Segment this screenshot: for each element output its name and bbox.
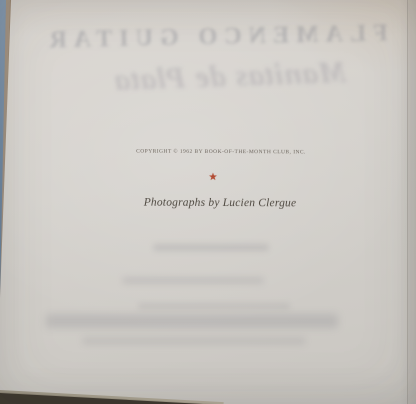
show-through-smudge xyxy=(122,277,264,284)
show-through-signature: Manitas de Plata xyxy=(21,51,416,101)
copyright-page: FLAMENCO GUITAR Manitas de Plata COPYRIG… xyxy=(0,0,416,404)
show-through-title: FLAMENCO GUITAR xyxy=(7,20,416,56)
copyright-line: COPYRIGHT © 1962 BY BOOK-OF-THE-MONTH CL… xyxy=(13,148,416,156)
show-through-smudge xyxy=(138,303,290,309)
show-through-smudge xyxy=(82,337,306,345)
show-through-smudge xyxy=(46,314,338,328)
book-page-photo: FLAMENCO GUITAR Manitas de Plata COPYRIG… xyxy=(0,0,416,404)
show-through-smudge xyxy=(153,244,269,251)
star-ornament-icon: ★ xyxy=(5,172,416,183)
photographer-credit-line: Photographs by Lucien Clergue xyxy=(12,196,416,210)
right-edge-shade xyxy=(408,0,416,404)
